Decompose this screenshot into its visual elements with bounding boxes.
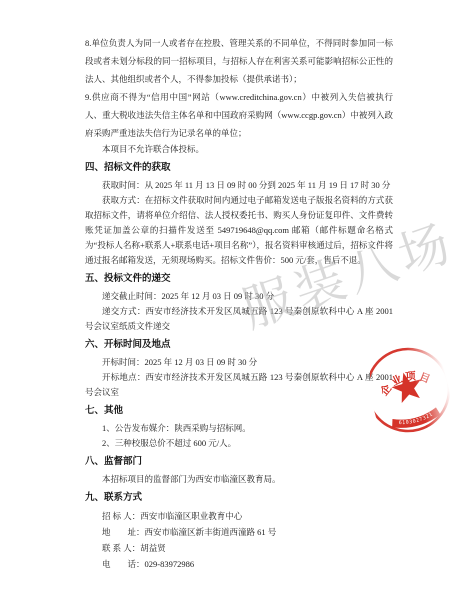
contact-address-label: 地 址： xyxy=(102,527,145,537)
section5-heading: 五、投标文件的递交 xyxy=(85,272,393,287)
section4-obtain-method: 获取方式：在招标文件获取时间内通过电子邮箱发送电子版报名资料的方式获取招标文件，… xyxy=(85,193,393,268)
clause-9: 9.供应商不得为“信用中国”网站（www.creditchina.gov.cn）… xyxy=(85,88,393,142)
section5-deadline: 递交截止时间：2025 年 12 月 03 日 09 时 30 分 xyxy=(85,289,393,304)
contact-address-row: 地 址：西安市临潼区新丰街道西潼路 61 号 xyxy=(85,524,393,540)
section8-heading: 八、监督部门 xyxy=(85,455,393,470)
contact-phone-label: 电 话： xyxy=(102,559,145,569)
section5-method: 递交方式：西安市经济技术开发区凤城五路 123 号秦创原软科中心 A 座 200… xyxy=(85,304,393,334)
contact-phone-value: 029-83972986 xyxy=(145,559,195,569)
section6-open-place: 开标地点：西安市经济技术开发区凤城五路 123 号秦创原软科中心 A 座 200… xyxy=(85,370,393,400)
section6-heading: 六、开标时间及地点 xyxy=(85,338,393,353)
section4-obtain-time: 获取时间：从 2025 年 11 月 13 日 09 时 00 分到 2025 … xyxy=(85,178,393,193)
section8-body: 本招标项目的监督部门为西安市临潼区教育局。 xyxy=(85,472,393,487)
section6-open-time: 开标时间：2025 年 12 月 03 日 09 时 30 分 xyxy=(85,355,393,370)
contact-person-value: 胡益贤 xyxy=(140,543,166,553)
section9-heading: 九、联系方式 xyxy=(85,491,393,506)
no-consortium-note: 本项目不允许联合体投标。 xyxy=(85,142,393,157)
section7-item2: 2、三种校服总价不超过 600 元/人。 xyxy=(85,436,393,451)
contact-phone-row: 电 话：029-83972986 xyxy=(85,556,393,572)
contact-bidder-label: 招 标 人： xyxy=(102,511,140,521)
contact-bidder-value: 西安市临潼区职业教育中心 xyxy=(140,511,242,521)
contact-bidder-row: 招 标 人：西安市临潼区职业教育中心 xyxy=(85,508,393,524)
section4-heading: 四、招标文件的获取 xyxy=(85,161,393,176)
clause-8: 8.单位负责人为同一人或者存在控股、管理关系的不同单位，不得同时参加同一标段或者… xyxy=(85,34,393,88)
contact-person-row: 联 系 人：胡益贤 xyxy=(85,540,393,556)
document-body: 8.单位负责人为同一人或者存在控股、管理关系的不同单位，不得同时参加同一标段或者… xyxy=(85,34,393,572)
contact-person-label: 联 系 人： xyxy=(102,543,140,553)
contact-address-value: 西安市临潼区新丰街道西潼路 61 号 xyxy=(145,527,277,537)
official-seal-stamp-icon: 企业项目 6103027321 xyxy=(370,338,450,448)
scanned-document-page: 8.单位负责人为同一人或者存在控股、管理关系的不同单位，不得同时参加同一标段或者… xyxy=(0,0,450,600)
section7-item1: 1、公告发布媒介：陕西采购与招标网。 xyxy=(85,421,393,436)
section7-heading: 七、其他 xyxy=(85,404,393,419)
